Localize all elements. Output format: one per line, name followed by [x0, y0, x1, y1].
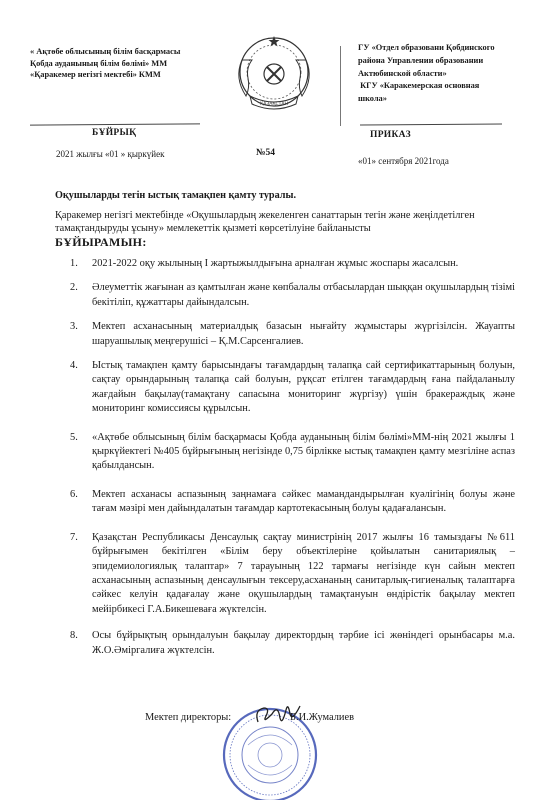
order-number: №54 [256, 148, 275, 158]
header-rule-right [360, 124, 502, 126]
order-date-ru: «01» сентября 2021года [358, 156, 449, 166]
order-label-kz: БҰЙРЫҚ [92, 128, 136, 138]
header-right-line: школа» [358, 93, 533, 106]
list-item-text: Қазақстан Республикасы Денсаулық сақтау … [92, 532, 515, 615]
header-left-line: « Ақтөбе облысының білім басқармасы [30, 46, 205, 58]
header-right-line: района Управлении образовании [358, 55, 533, 68]
list-item: 2.Әлеуметтік жағынан аз қамтылған және к… [70, 281, 515, 310]
order-date-kz: 2021 жылғы «01 » қыркүйек [56, 149, 164, 159]
intro-paragraph: Қаракемер негізгі мектебінде «Оқушыларды… [55, 209, 490, 235]
list-item: 3.Мектеп асханасының материалдық базасын… [70, 320, 515, 349]
list-item: 7.Қазақстан Республикасы Денсаулық сақта… [70, 531, 515, 617]
list-item: 5.«Ақтөбе облысының білім басқармасы Қоб… [70, 431, 515, 474]
list-item-text: «Ақтөбе облысының білім басқармасы Қобда… [92, 432, 515, 472]
director-name: Б.И.Жумалиев [290, 712, 354, 723]
list-item: 6.Мектеп асханасы аспазының заңнамаға сә… [70, 488, 515, 517]
list-item: 4.Ыстық тамақпен қамту барысындағы тағам… [70, 359, 515, 417]
order-items-list: 1.2021-2022 оқу жылының І жартыжылдығына… [70, 257, 515, 668]
header-right-line: ГУ «Отдел образовани Қобдинского [358, 42, 533, 55]
header-left-kz: « Ақтөбе облысының білім басқармасы Қобд… [30, 46, 205, 81]
list-item-text: Мектеп асханасының материалдық базасын н… [92, 321, 515, 346]
header-divider [340, 46, 341, 126]
list-item: 1.2021-2022 оқу жылының І жартыжылдығына… [70, 257, 515, 271]
list-item-text: Әлеуметтік жағынан аз қамтылған және көп… [92, 282, 515, 307]
decree-heading: БҰЙЫРАМЫН: [55, 235, 147, 250]
state-emblem-icon: ҚАЗАҚСТАН [228, 30, 320, 116]
list-item: 8.Осы бұйрықтың орындалуын бақылау дирек… [70, 629, 515, 658]
list-item-text: Осы бұйрықтың орындалуын бақылау директо… [92, 630, 515, 655]
header-rule-left [30, 123, 200, 125]
header-right-line: Актюбинской области» [358, 68, 533, 81]
list-item-text: 2021-2022 оқу жылының І жартыжылдығына а… [92, 258, 458, 269]
document-title: Оқушыларды тегін ыстық тамақпен қамту ту… [55, 190, 296, 201]
list-item-text: Ыстық тамақпен қамту барысындағы тағамда… [92, 360, 515, 414]
header-left-line: «Қаракемер негізгі мектебі» КММ [30, 69, 205, 81]
order-label-ru: ПРИКАЗ [370, 130, 411, 140]
signature-label: Мектеп директоры: [145, 712, 231, 723]
header-left-line: Қобда ауданының білім бөлімі» ММ [30, 58, 205, 70]
header-right-line: КГУ «Каракемерская основная [358, 80, 533, 93]
svg-text:ҚАЗАҚСТАН: ҚАЗАҚСТАН [260, 101, 288, 107]
header-right-ru: ГУ «Отдел образовани Қобдинского района … [358, 42, 533, 106]
list-item-text: Мектеп асханасы аспазының заңнамаға сәйк… [92, 489, 515, 514]
